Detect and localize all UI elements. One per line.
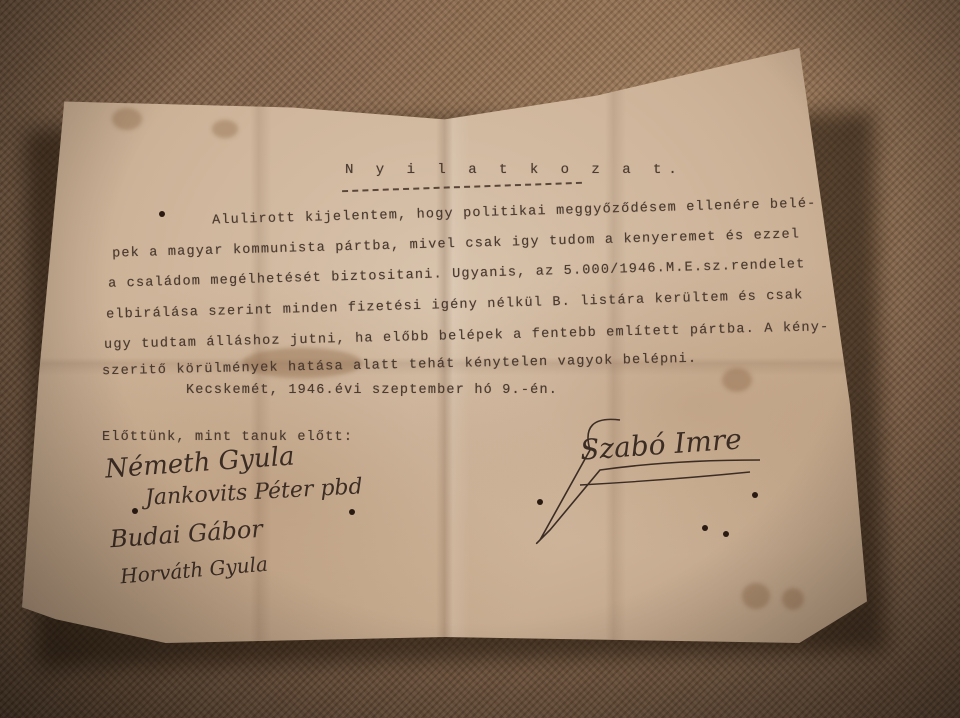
- ink-dot: [132, 508, 138, 514]
- place-date: Kecskemét, 1946.évi szeptember hó 9.-én.: [186, 383, 558, 398]
- water-stain: [782, 588, 804, 610]
- ink-dot: [349, 509, 355, 515]
- ink-dot: [159, 211, 165, 217]
- water-stain: [742, 583, 770, 609]
- signature-flourish: [520, 410, 780, 550]
- document-title: N y i l a t k o z a t.: [345, 162, 684, 178]
- ink-dot: [723, 531, 729, 537]
- witness-label: Előttünk, mint tanuk előtt:: [102, 430, 353, 445]
- ink-dot: [752, 492, 758, 498]
- water-stain: [112, 108, 142, 130]
- ink-dot: [537, 499, 543, 505]
- water-stain: [722, 368, 752, 392]
- water-stain: [212, 120, 238, 138]
- ink-dot: [702, 525, 708, 531]
